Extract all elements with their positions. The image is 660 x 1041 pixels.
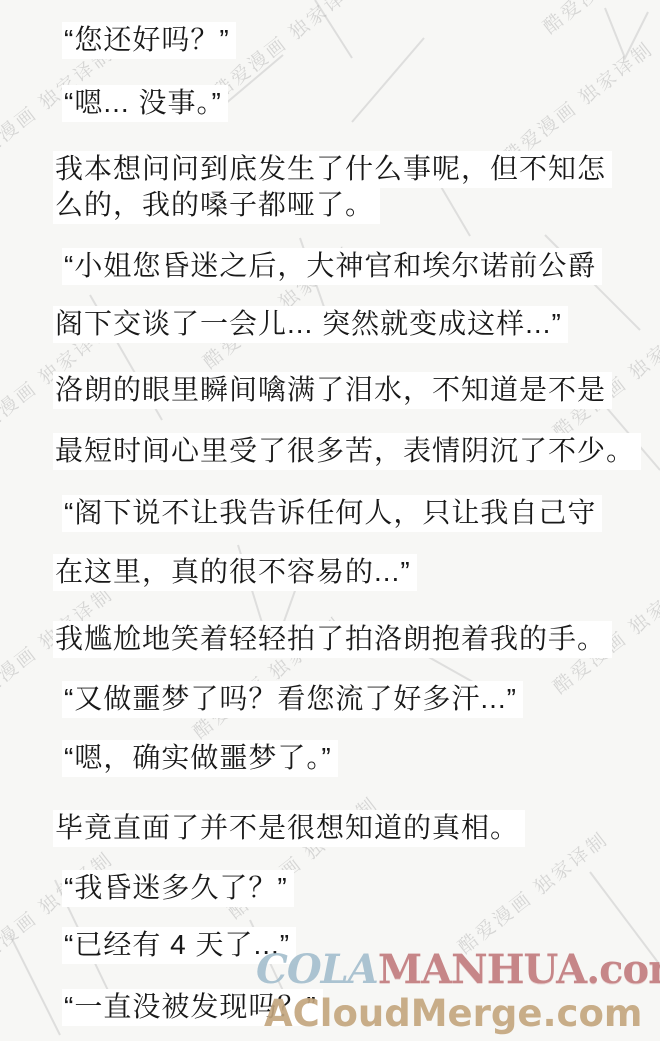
text-line: “小姐您昏迷之后，大神官和埃尔诺前公爵 — [62, 248, 602, 285]
text-line: 我本想问问到底发生了什么事呢，但不知怎 — [53, 151, 612, 188]
colamanhua-cola-text: COLA — [256, 946, 378, 993]
text-line: “嗯... 没事。” — [62, 85, 228, 122]
acloudmerge-watermark: ACloudMerge.com — [264, 994, 642, 1035]
text-line: 洛朗的眼里瞬间噙满了泪水，不知道是不是 — [53, 372, 612, 409]
text-line: “我昏迷多久了？” — [62, 870, 294, 907]
text-line: “阁下说不让我告诉任何人，只让我自己守 — [62, 495, 602, 532]
text-line: 最短时间心里受了很多苦，表情阴沉了不少。 — [53, 433, 641, 470]
colamanhua-watermark: COLAMANHUA.com — [256, 948, 660, 992]
text-line: 我尴尬地笑着轻轻拍了拍洛朗抱着我的手。 — [53, 621, 612, 658]
text-line: 阁下交谈了一会儿... 突然就变成这样...” — [53, 306, 568, 343]
text-line: 毕竟直面了并不是很想知道的真相。 — [53, 810, 525, 847]
colamanhua-domain-text: MANHUA.com — [378, 946, 660, 993]
text-line: “嗯，确实做噩梦了。” — [62, 740, 338, 777]
novel-text-layer: “您还好吗？”“嗯... 没事。”我本想问问到底发生了什么事呢，但不知怎么的，我… — [0, 0, 660, 1041]
text-line: 么的，我的嗓子都哑了。 — [53, 187, 380, 224]
text-line: 在这里，真的很不容易的...” — [53, 554, 417, 591]
text-line: “又做噩梦了吗？看您流了好多汗...” — [62, 681, 523, 718]
novel-page: 酷爱漫画 独家译制酷爱漫画 独家译制酷爱漫画 独家译制酷爱漫画 独家译制酷爱漫画… — [0, 0, 660, 1041]
text-line: “您还好吗？” — [62, 22, 236, 59]
